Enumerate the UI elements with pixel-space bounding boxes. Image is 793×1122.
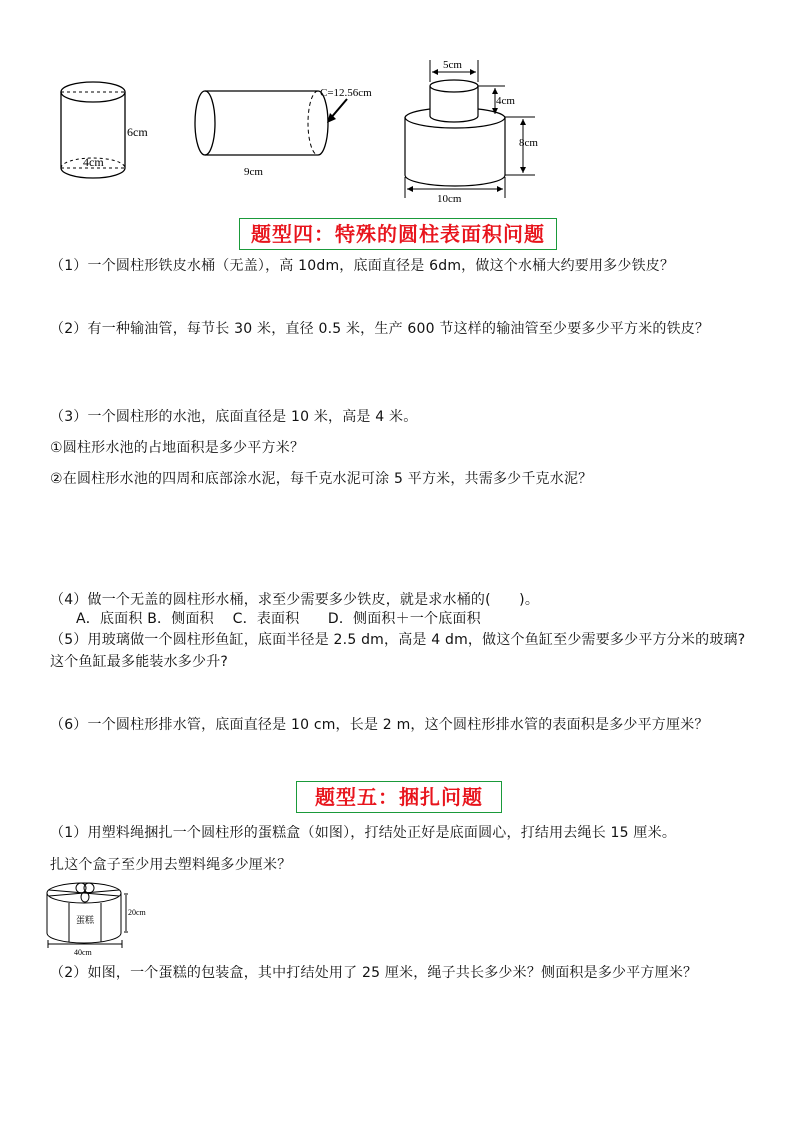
- question-4-6: （6）一个圆柱形排水管，底面直径是 10 cm，长是 2 m，这个圆柱形排水管的…: [50, 715, 709, 735]
- cake-label: 蛋糕: [76, 914, 95, 925]
- bottom-width-label: 10cm: [437, 193, 462, 205]
- question-4-1: （1）一个圆柱形铁皮水桶（无盖），高 10dm，底面直径是 6dm，做这个水桶大…: [50, 256, 674, 276]
- question-5-1-cont: 扎这个盒子至少用去塑料绳多少厘米？: [50, 855, 291, 875]
- bottom-height-label: 8cm: [519, 137, 538, 149]
- question-4-2: （2）有一种输油管，每节长 30 米，直径 0.5 米，生产 600 节这样的输…: [50, 318, 750, 340]
- question-4-3: （3）一个圆柱形的水池，底面直径是 10 米，高是 4 米。: [50, 407, 417, 427]
- question-4-4-options: A．底面积 B．侧面积 C．表面积 D．侧面积＋一个底面积: [76, 609, 481, 629]
- cylinder-figure-1: 6cm 4cm: [55, 75, 165, 185]
- cake-width-label: 40cm: [74, 948, 93, 957]
- cylinder-figure-2: C=12.56cm 9cm: [180, 75, 390, 185]
- circumference-label: C=12.56cm: [320, 87, 372, 99]
- section-title-5: 题型五：捆扎问题: [296, 781, 502, 813]
- top-height-label: 4cm: [496, 95, 515, 107]
- question-4-3-part2: ②在圆柱形水池的四周和底部涂水泥，每千克水泥可涂 5 平方米，共需多少千克水泥？: [50, 469, 592, 489]
- stacked-cylinders-figure: 5cm 4cm 8cm 10cm: [395, 52, 555, 208]
- question-4-4: （4）做一个无盖的圆柱形水桶，求至少需要多少铁皮，就是求水桶的( )。: [50, 590, 539, 610]
- top-width-label: 5cm: [443, 59, 462, 71]
- question-4-3-part1: ①圆柱形水池的占地面积是多少平方米？: [50, 438, 304, 458]
- diameter-label: 4cm: [83, 155, 104, 169]
- cake-box-figure: 蛋糕 20cm 40cm: [44, 878, 159, 958]
- question-4-5: （5）用玻璃做一个圆柱形鱼缸，底面半径是 2.5 dm，高是 4 dm，做这个鱼…: [50, 629, 750, 673]
- question-5-1: （1）用塑料绳捆扎一个圆柱形的蛋糕盒（如图），打结处正好是底面圆心，打结用去绳长…: [50, 823, 676, 843]
- section-title-4: 题型四：特殊的圆柱表面积问题: [239, 218, 557, 250]
- question-5-2: （2）如图，一个蛋糕的包装盒，其中打结处用了 25 厘米，绳子共长多少米？侧面积…: [50, 963, 697, 983]
- length-label: 9cm: [244, 166, 263, 178]
- cake-height-label: 20cm: [128, 908, 147, 917]
- height-label: 6cm: [127, 125, 148, 139]
